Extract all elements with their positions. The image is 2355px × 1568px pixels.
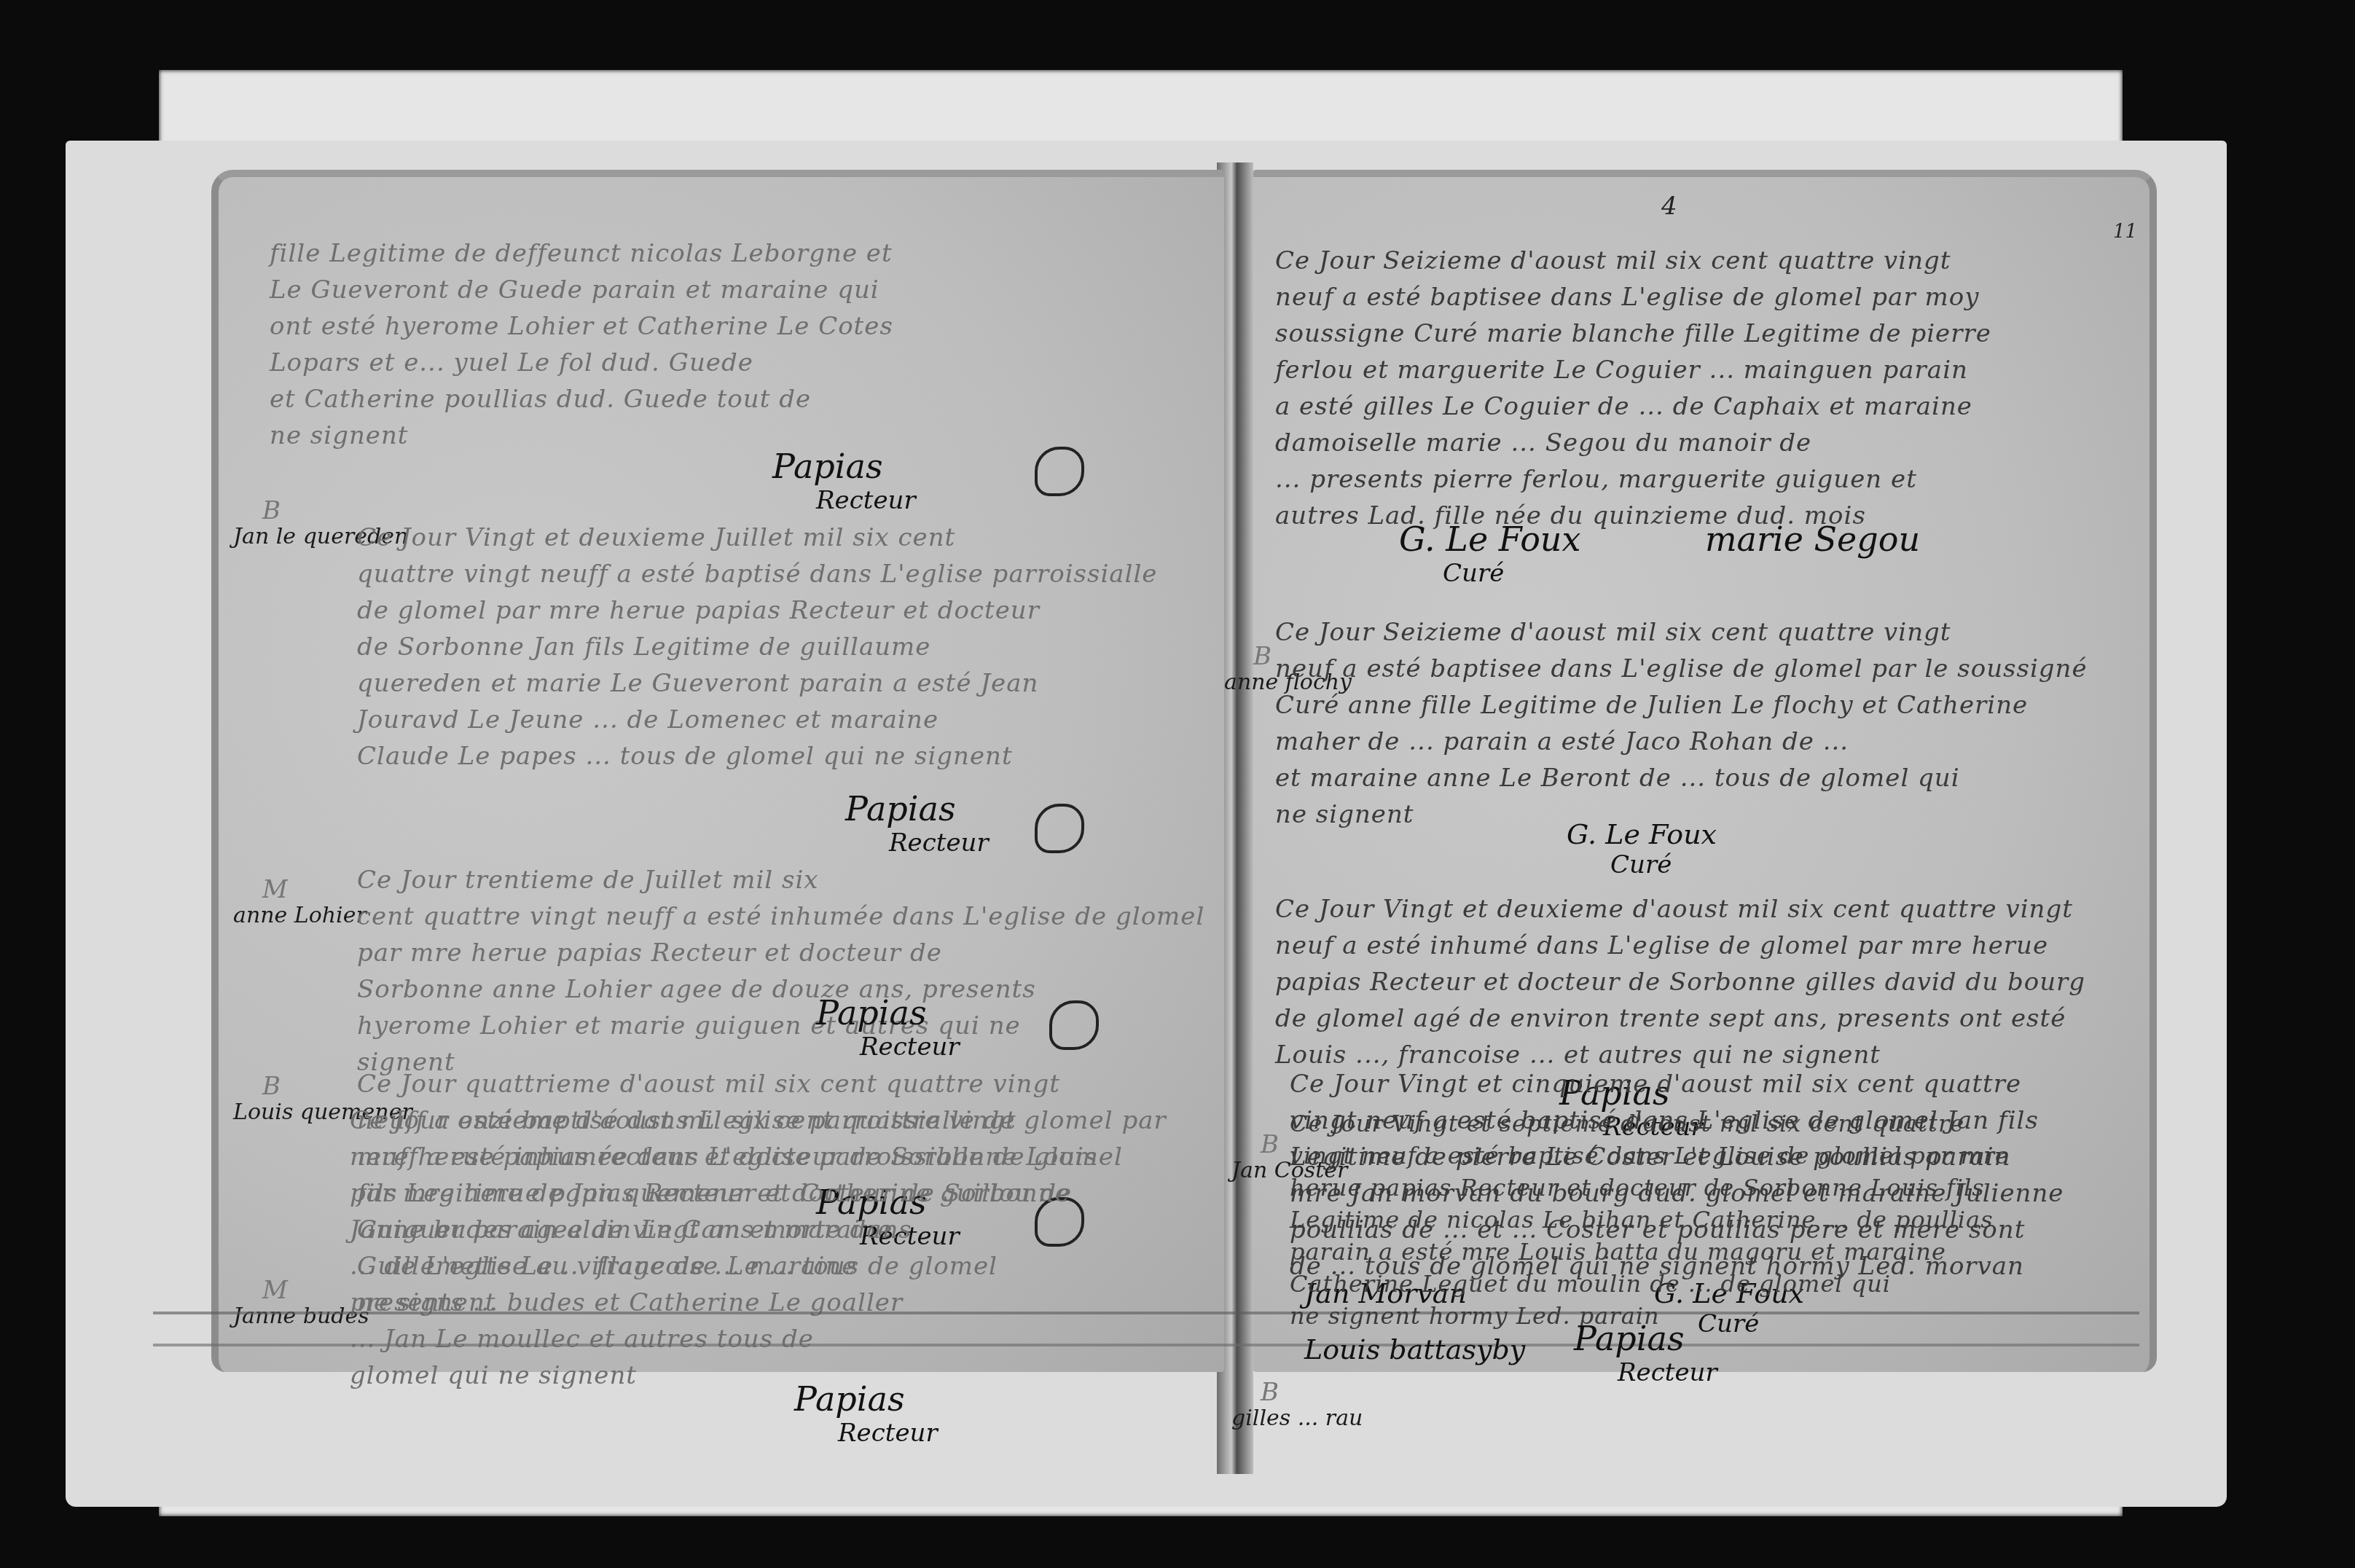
signature-block: G. Le Foux Curé bbox=[1399, 520, 1580, 588]
entry-line: quattre vingt neuff a esté baptisé dans … bbox=[357, 556, 1157, 592]
entry-line: ont esté hyerome Lohier et Catherine Le … bbox=[270, 308, 893, 345]
margin-name: gilles ... rau bbox=[1231, 1406, 1363, 1431]
signature-name: Papias bbox=[794, 1379, 905, 1419]
entry-type-marker: M bbox=[262, 877, 367, 903]
entry-line: neuf a esté baptisee dans L'eglise de gl… bbox=[1275, 651, 2088, 687]
entry-line: de Sorbonne Jan fils Legitime de guillau… bbox=[357, 629, 1157, 665]
entry-line: neuff a esté inhumée dans L'eglise parro… bbox=[350, 1139, 1123, 1175]
entry-line: maher de ... parain a esté Jaco Rohan de… bbox=[1275, 724, 2088, 760]
entry-line: Ce Jour trentieme de Juillet mil six bbox=[357, 862, 1204, 898]
margin-note: M anne Lohier bbox=[233, 877, 367, 929]
entry-line: Catherine Leguet du moulin de ... de glo… bbox=[1290, 1268, 2010, 1300]
entry-type-marker: B bbox=[1261, 1379, 1363, 1406]
signature-title: Recteur bbox=[889, 828, 989, 858]
entry-line: soussigne Curé marie blanche fille Legit… bbox=[1275, 315, 1991, 352]
entry-line: damoiselle marie ... Segou du manoir de bbox=[1275, 425, 1991, 461]
entry-line: Curé anne fille Legitime de Julien Le fl… bbox=[1275, 687, 2088, 724]
entry-line: Ce Jour Vingt et septieme d'aoust mil si… bbox=[1290, 1108, 2010, 1140]
entry-line: vingt neuf a esté baptisé dans L'eglise … bbox=[1290, 1140, 2010, 1172]
entry-line: Ce Jour Vingt et deuxieme d'aoust mil si… bbox=[1275, 891, 2085, 928]
entry-line: et Catherine poullias dud. Guede tout de bbox=[270, 381, 893, 418]
signature-name: G. Le Foux bbox=[1399, 520, 1580, 559]
register-entry: fille Legitime de deffeunct nicolas Lebo… bbox=[270, 235, 893, 454]
register-entry: Ce Jour Vingt et septieme d'aoust mil si… bbox=[1290, 1108, 2010, 1332]
paraph-flourish-icon bbox=[1049, 1000, 1099, 1050]
entry-line: Le Gueveront de Guede parain et maraine … bbox=[270, 272, 893, 308]
register-entry: Ce Jour Vingt et deuxieme d'aoust mil si… bbox=[1275, 891, 2085, 1073]
signature-block: Papias Recteur bbox=[845, 789, 989, 858]
signature-title: Recteur bbox=[1618, 1358, 1717, 1387]
cosignature: Louis battasyby bbox=[1304, 1333, 1525, 1365]
signature-title: Recteur bbox=[816, 486, 916, 515]
entry-line: herue papias Recteur et docteur de Sorbo… bbox=[1290, 1172, 2010, 1204]
entry-line: et maraine anne Le Beront de ... tous de… bbox=[1275, 760, 2088, 796]
entry-line: ferlou et marguerite Le Coguier ... main… bbox=[1275, 352, 1991, 388]
signature-block: Papias Recteur bbox=[816, 993, 960, 1062]
margin-name: anne Lohier bbox=[233, 903, 367, 928]
entry-line: Ce Jour onzieme d'aoust mil six cent qua… bbox=[350, 1102, 1123, 1139]
register-entry: Ce Jour onzieme d'aoust mil six cent qua… bbox=[350, 1102, 1123, 1394]
entry-line: Janne budes agee de vingt ans morte dans bbox=[350, 1212, 1123, 1248]
entry-line: Claude Le papes ... tous de glomel qui n… bbox=[357, 738, 1157, 775]
cosignature: marie Segou bbox=[1705, 520, 1920, 559]
entry-line: Jouravd Le Jeune ... de Lomenec et marai… bbox=[357, 702, 1157, 738]
entry-line: quereden et marie Le Gueveront parain a … bbox=[357, 665, 1157, 702]
entry-line: a esté gilles Le Coguier de ... de Capha… bbox=[1275, 388, 1991, 425]
entry-line: papias Recteur et docteur de Sorbonne gi… bbox=[1275, 964, 2085, 1000]
margin-note: B gilles ... rau bbox=[1231, 1379, 1363, 1432]
entry-line: ... de L'eglise au village de ... marain… bbox=[350, 1248, 1123, 1285]
entry-line: fille Legitime de deffeunct nicolas Lebo… bbox=[270, 235, 893, 272]
corner-mark: 11 bbox=[2113, 221, 2137, 243]
signature-name: Papias bbox=[816, 993, 927, 1032]
register-entry: Ce Jour Seizieme d'aoust mil six cent qu… bbox=[1275, 614, 2088, 833]
signature-title: Recteur bbox=[838, 1419, 938, 1448]
paraph-flourish-icon bbox=[1035, 804, 1084, 853]
signature-title: Curé bbox=[1610, 850, 1717, 879]
entry-line: Lopars et e... yuel Le fol dud. Guede bbox=[270, 345, 893, 381]
signature-name: Papias bbox=[845, 789, 956, 828]
entry-line: cent quattre vingt neuff a esté inhumée … bbox=[357, 898, 1204, 935]
entry-line: par mre herue papias Recteur et docteur … bbox=[350, 1175, 1123, 1212]
entry-line: Legitime de nicolas Le bihan et Catherin… bbox=[1290, 1204, 2010, 1236]
entry-line: neuf a esté baptisee dans L'eglise de gl… bbox=[1275, 279, 1991, 315]
entry-line: Ce Jour quattrieme d'aoust mil six cent … bbox=[357, 1066, 1167, 1102]
entry-line: glomel qui ne signent bbox=[350, 1357, 1123, 1394]
entry-line: parain a esté mre Louis batta du magoru … bbox=[1290, 1236, 2010, 1268]
signature-block: Papias Recteur bbox=[1574, 1319, 1717, 1387]
entry-line: neuf a esté inhumé dans L'eglise de glom… bbox=[1275, 928, 2085, 964]
signature-name: Papias bbox=[1574, 1319, 1685, 1358]
signature-name: Papias bbox=[772, 447, 883, 486]
signature-title: Recteur bbox=[860, 1032, 960, 1062]
register-entry: Ce Jour Seizieme d'aoust mil six cent qu… bbox=[1275, 243, 1991, 534]
register-entry: Ce Jour Vingt et deuxieme Juillet mil si… bbox=[357, 520, 1157, 775]
entry-line: Ce Jour Vingt et deuxieme Juillet mil si… bbox=[357, 520, 1157, 556]
signature-block: Papias Recteur bbox=[794, 1379, 938, 1448]
paraph-flourish-icon bbox=[1035, 447, 1084, 496]
entry-line: Ce Jour Seizieme d'aoust mil six cent qu… bbox=[1275, 243, 1991, 279]
entry-line: de glomel agé de environ trente sept ans… bbox=[1275, 1000, 2085, 1037]
entry-line: Ce Jour Seizieme d'aoust mil six cent qu… bbox=[1275, 614, 2088, 651]
signature-name: G. Le Foux bbox=[1567, 818, 1717, 850]
entry-line: de glomel par mre herue papias Recteur e… bbox=[357, 592, 1157, 629]
signature-block: Papias Recteur bbox=[772, 447, 916, 515]
entry-line: par mre herue papias Recteur et docteur … bbox=[357, 935, 1204, 971]
entry-line: ... presents pierre ferlou, marguerite g… bbox=[1275, 461, 1991, 498]
folio-number: 4 bbox=[1661, 192, 1677, 221]
entry-line: Ce Jour Vingt et cinquieme d'aoust mil s… bbox=[1290, 1066, 2064, 1102]
signature-block: G. Le Foux Curé bbox=[1567, 818, 1717, 879]
signature-title: Curé bbox=[1443, 559, 1580, 588]
